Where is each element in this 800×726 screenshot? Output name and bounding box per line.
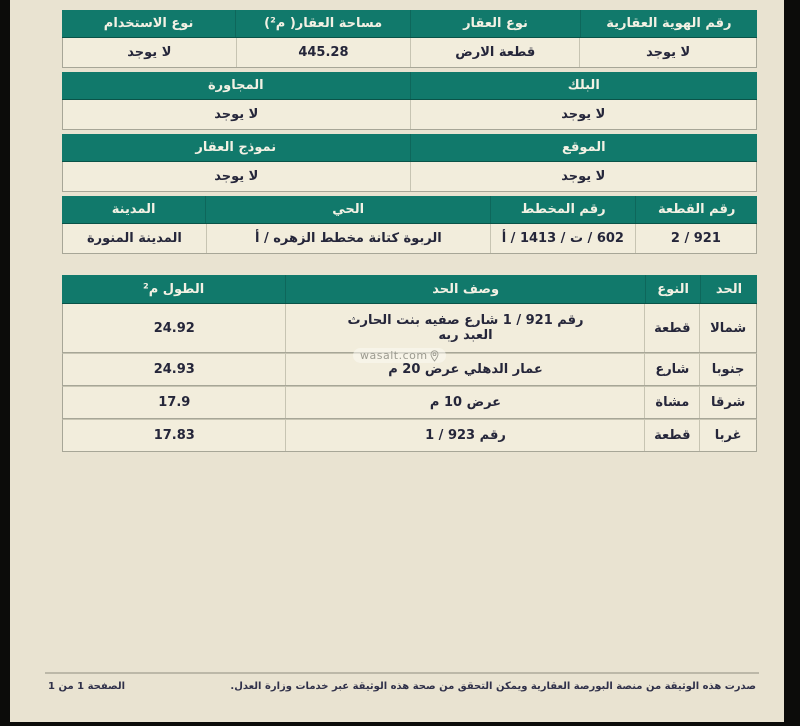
boundaries-header-row: الحد النوع وصف الحد الطول م²: [62, 275, 757, 304]
location-header: الموقع: [410, 134, 758, 161]
boundary-length: 17.9: [63, 387, 285, 418]
plan-number-header: رقم المخطط: [490, 196, 635, 223]
boundary-length-header: الطول م²: [62, 275, 285, 303]
block-header: البلك: [410, 72, 758, 99]
boundary-row-west: غربا قطعة رقم 923 / 1 17.83: [62, 419, 757, 452]
block-value-row: لا يوجد لا يوجد: [62, 100, 757, 130]
plot-section: رقم القطعة رقم المخطط الحي المدينة 921 /…: [62, 196, 757, 254]
usage-type-header: نوع الاستخدام: [62, 10, 235, 37]
deed-page: رقم الهوية العقارية نوع العقار مساحة الع…: [10, 0, 784, 722]
deed-content: رقم الهوية العقارية نوع العقار مساحة الع…: [62, 10, 757, 456]
property-info-value-row: لا يوجد قطعة الارض 445.28 لا يوجد: [62, 38, 757, 68]
location-value-row: لا يوجد لا يوجد: [62, 162, 757, 192]
boundary-type: شارع: [644, 354, 699, 385]
boundary-type: مشاة: [644, 387, 699, 418]
boundary-side: جنوبا: [699, 354, 756, 385]
boundary-side: شمالا: [699, 304, 756, 352]
wasalt-watermark: wasalt.com: [353, 348, 446, 363]
map-pin-icon: [430, 350, 439, 362]
boundary-row-north: شمالا قطعة رقم 921 / 1 شارع صفيه بنت الح…: [62, 304, 757, 353]
block-section: البلك المجاورة لا يوجد لا يوجد: [62, 72, 757, 130]
boundary-row-east: شرقا مشاة عرض 10 م 17.9: [62, 386, 757, 419]
page-number-label: الصفحة 1 من 1: [48, 681, 125, 692]
neighboring-header: المجاورة: [62, 72, 410, 99]
property-id-header: رقم الهوية العقارية: [580, 10, 757, 37]
boundary-side-header: الحد: [700, 275, 757, 303]
property-info-section: رقم الهوية العقارية نوع العقار مساحة الع…: [62, 10, 757, 68]
boundaries-table: الحد النوع وصف الحد الطول م² شمالا قطعة …: [62, 275, 757, 452]
wasalt-watermark-text: wasalt.com: [360, 349, 428, 362]
footer-divider: [45, 672, 759, 674]
footer-notice: صدرت هذه الوثيقة من منصة البورصة العقاري…: [230, 681, 756, 692]
boundary-length: 17.83: [63, 420, 285, 451]
boundary-side: غربا: [699, 420, 756, 451]
location-section: الموقع نموذج العقار لا يوجد لا يوجد: [62, 134, 757, 192]
property-model-header: نموذج العقار: [62, 134, 410, 161]
property-type-header: نوع العقار: [410, 10, 580, 37]
block-value: لا يوجد: [410, 100, 757, 129]
footer: صدرت هذه الوثيقة من منصة البورصة العقاري…: [48, 681, 756, 692]
city-header: المدينة: [62, 196, 205, 223]
plot-header-row: رقم القطعة رقم المخطط الحي المدينة: [62, 196, 757, 224]
scan-bottom-edge: [0, 722, 800, 726]
boundary-desc-text: رقم 921 / 1 شارع صفيه بنت الحارث العبد ر…: [330, 313, 600, 343]
property-area-value: 445.28: [236, 38, 411, 67]
boundary-desc-header: وصف الحد: [285, 275, 645, 303]
boundary-length: 24.92: [63, 304, 285, 352]
property-area-header: مساحة العقار( م²): [235, 10, 410, 37]
location-value: لا يوجد: [410, 162, 757, 191]
property-type-value: قطعة الارض: [410, 38, 579, 67]
district-value: الربوة كتانة مخطط الزهره / أ: [206, 224, 490, 253]
location-header-row: الموقع نموذج العقار: [62, 134, 757, 162]
property-model-value: لا يوجد: [63, 162, 410, 191]
district-header: الحي: [205, 196, 490, 223]
city-value: المدينة المنورة: [63, 224, 206, 253]
plot-number-header: رقم القطعة: [635, 196, 757, 223]
boundary-type: قطعة: [644, 420, 699, 451]
boundary-type: قطعة: [644, 304, 699, 352]
property-id-value: لا يوجد: [579, 38, 756, 67]
boundary-side: شرقا: [699, 387, 756, 418]
plan-number-value: 602 / ت / 1413 / أ: [490, 224, 635, 253]
plot-value-row: 921 / 2 602 / ت / 1413 / أ الربوة كتانة …: [62, 224, 757, 254]
neighboring-value: لا يوجد: [63, 100, 410, 129]
boundary-length: 24.93: [63, 354, 285, 385]
boundary-type-header: النوع: [645, 275, 700, 303]
boundary-desc: عمار الدهلي عرض 20 م: [285, 354, 644, 385]
boundary-desc: عرض 10 م: [285, 387, 644, 418]
block-header-row: البلك المجاورة: [62, 72, 757, 100]
usage-type-value: لا يوجد: [63, 38, 236, 67]
plot-number-value: 921 / 2: [635, 224, 756, 253]
property-info-header-row: رقم الهوية العقارية نوع العقار مساحة الع…: [62, 10, 757, 38]
boundary-desc: رقم 921 / 1 شارع صفيه بنت الحارث العبد ر…: [285, 304, 644, 352]
boundary-desc: رقم 923 / 1: [285, 420, 644, 451]
